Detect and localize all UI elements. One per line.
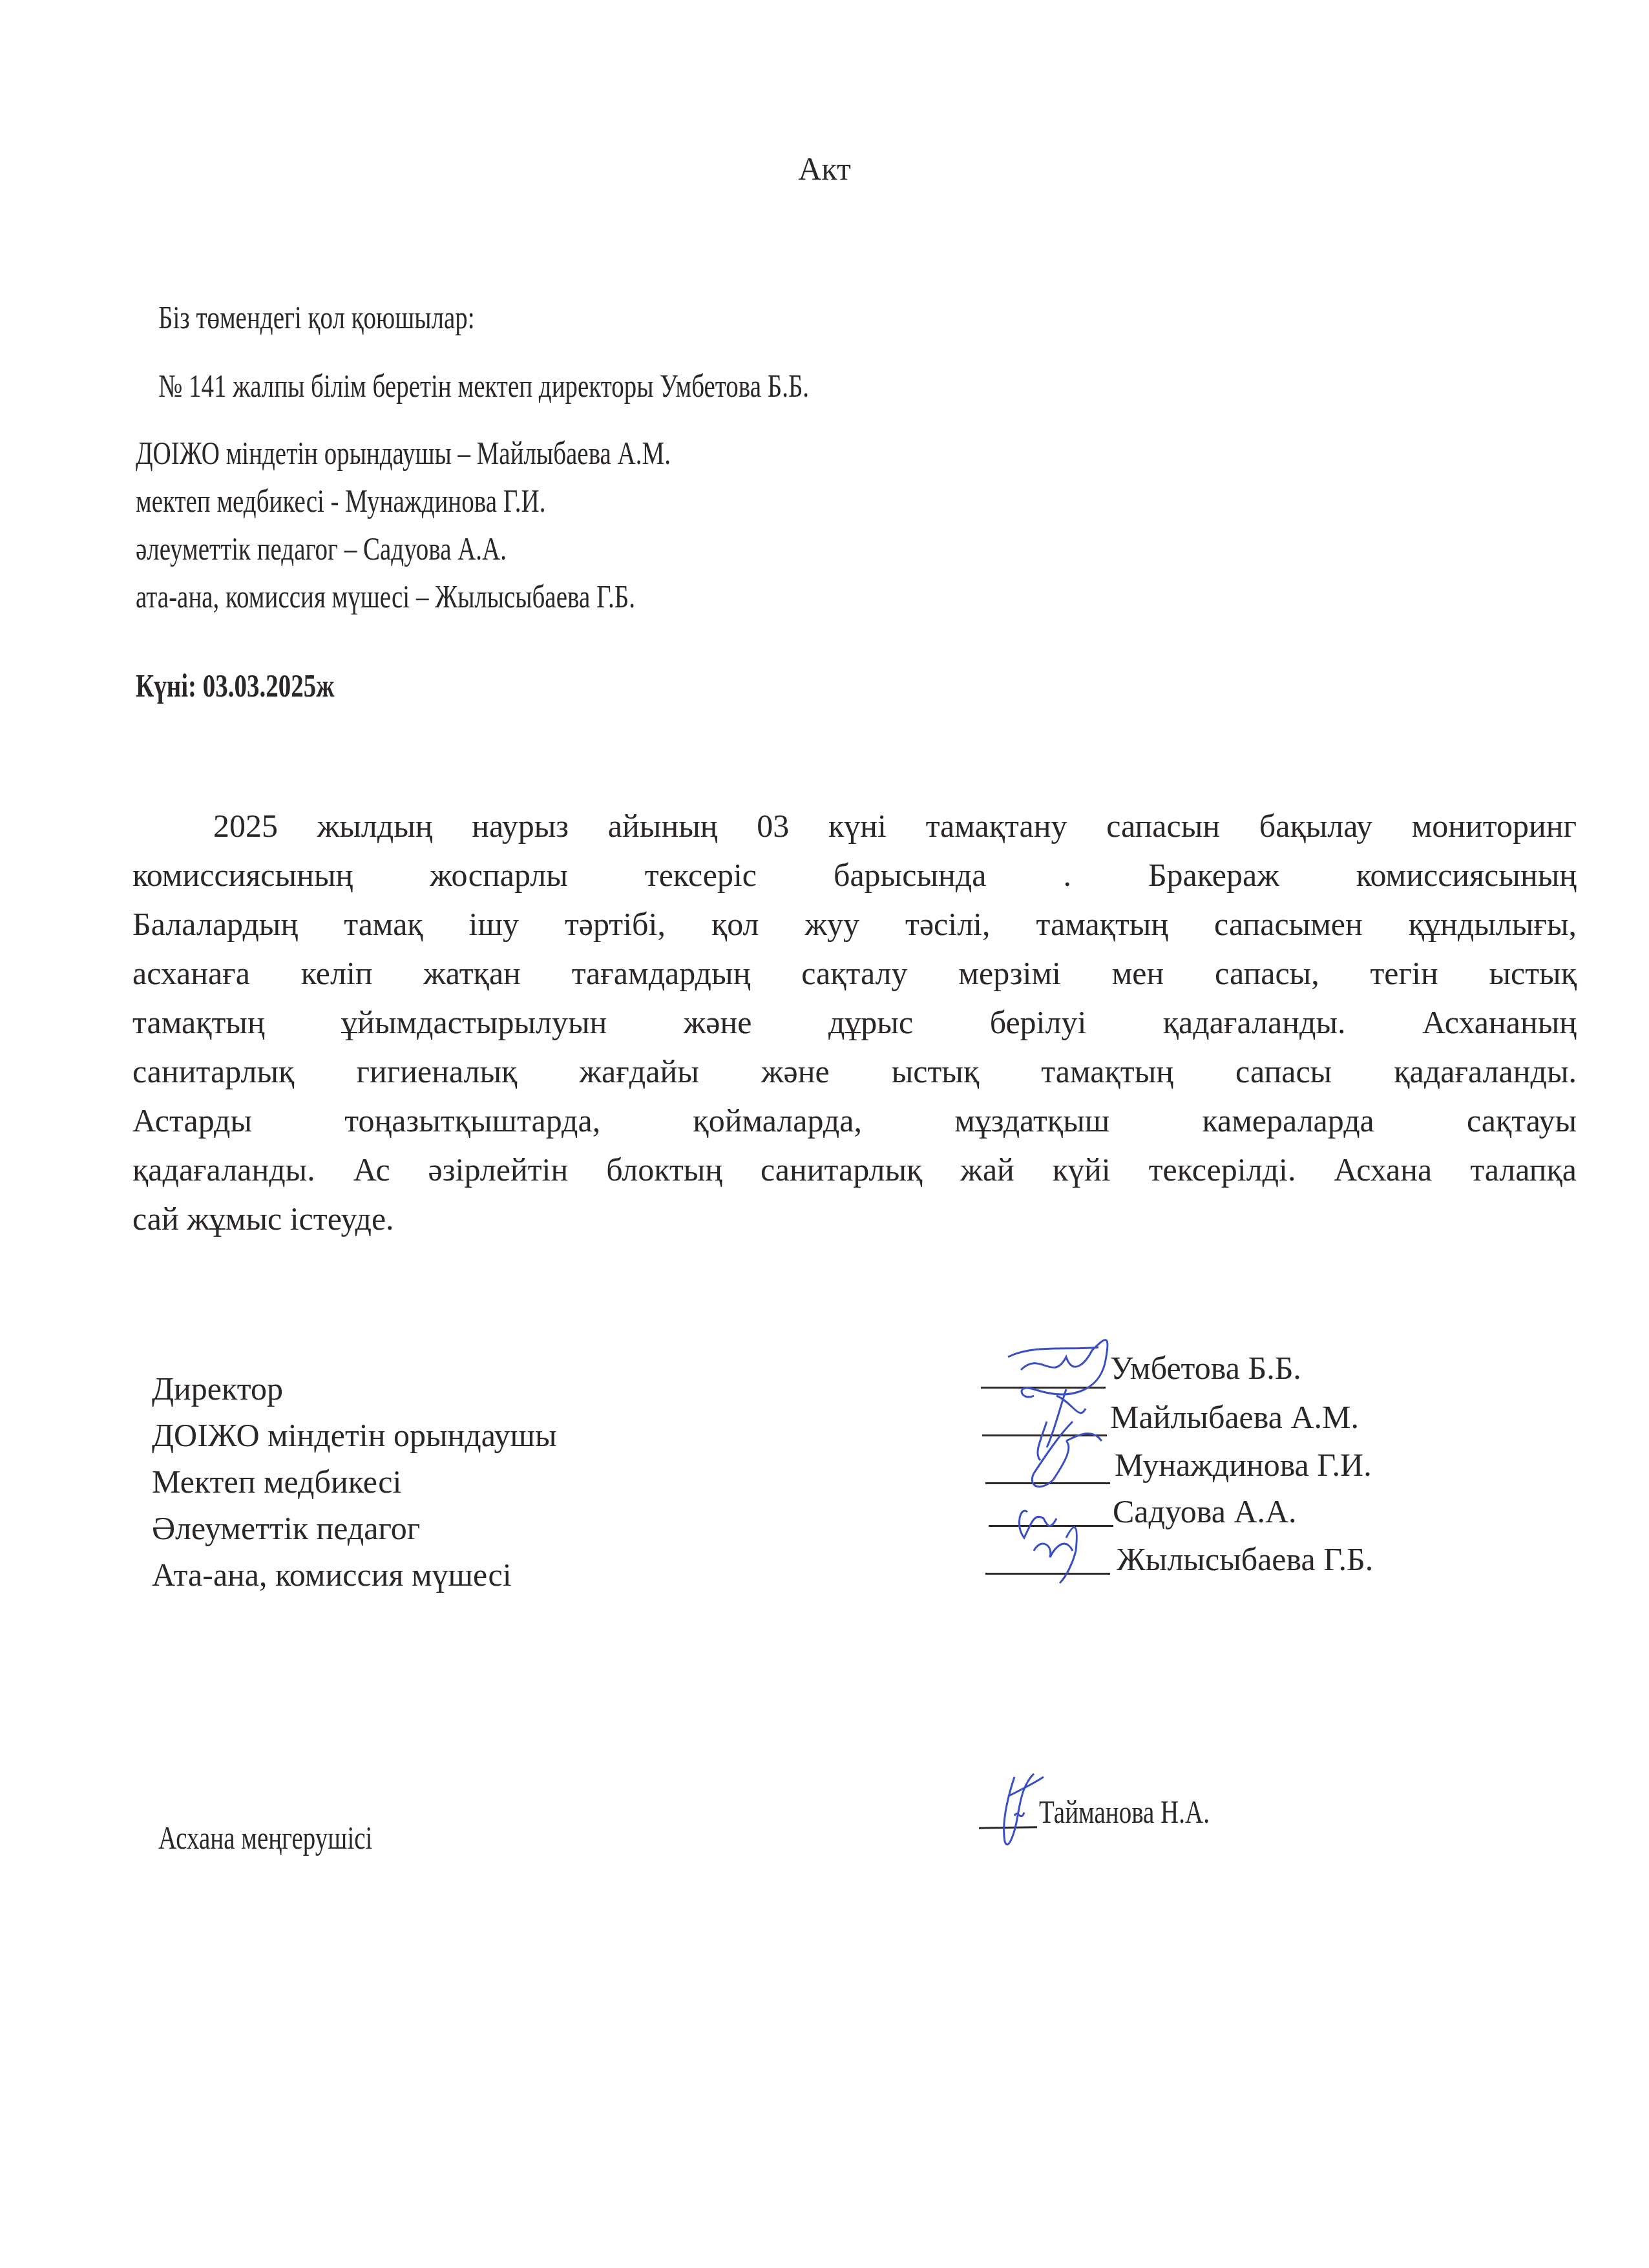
body-paragraph: 2025 жылдың наурыз айының 03 күні тамақт… [132,801,1577,1243]
body-line: санитарлық гигиеналық жағдайы және ыстық… [132,1047,1577,1096]
signature-name: Садуова А.А. [1113,1493,1297,1530]
body-line: тамақтың ұйымдастырылуын және дұрыс бері… [132,998,1577,1047]
signature-role-nurse: Мектеп медбикесі [152,1463,401,1500]
school-director-line: № 141 жалпы білім беретін мектеп директо… [158,367,809,404]
member-line: мектеп медбикесі - Мунаждинова Г.И. [136,482,546,520]
date-label: Күні: 03.03.2025ж [136,667,335,704]
signature-role-parent: Ата-ана, комиссия мүшесі [152,1556,512,1593]
body-line: Балалардың тамақ ішу тәртібі, қол жуу тә… [132,899,1577,949]
body-line: 2025 жылдың наурыз айының 03 күні тамақт… [132,801,1577,850]
signature-role-acting: ДОІЖО міндетін орындаушы [152,1416,557,1454]
member-line: ДОІЖО міндетін орындаушы – Майлыбаева А.… [136,434,671,472]
member-line: ата-ана, комиссия мүшесі – Жылысыбаева Г… [136,578,635,615]
body-line: сай жұмыс істеуде. [132,1194,1577,1243]
handwritten-signature-icon [995,1331,1124,1590]
document-title: Акт [0,150,1649,187]
signature-name: Майлыбаева А.М. [1110,1398,1359,1436]
body-line: комиссиясының жоспарлы тексеріс барысынд… [132,850,1577,899]
body-line: Астарды тоңазытқыштарда, қоймаларда, мұз… [132,1096,1577,1145]
signature-name: Мунаждинова Г.И. [1115,1446,1372,1484]
body-line: қадағаланды. Ас әзірлейтін блоктың санит… [132,1145,1577,1194]
member-line: әлеуметтік педагог – Садуова А.А. [136,530,507,567]
signature-role-director: Директор [152,1370,283,1407]
body-line: асханаға келіп жатқан тағамдардың сақтал… [132,949,1577,998]
signature-name: Жылысыбаева Г.Б. [1117,1540,1373,1578]
signature-name: Умбетова Б.Б. [1110,1349,1301,1387]
kitchen-head-role: Асхана меңгерушісі [158,1819,372,1856]
signature-role-social-pedagogue: Әлеуметтік педагог [152,1509,420,1547]
intro-line: Біз төмендегі қол қоюшылар: [158,299,475,336]
kitchen-head-name: Тайманова Н.А. [1039,1793,1210,1831]
